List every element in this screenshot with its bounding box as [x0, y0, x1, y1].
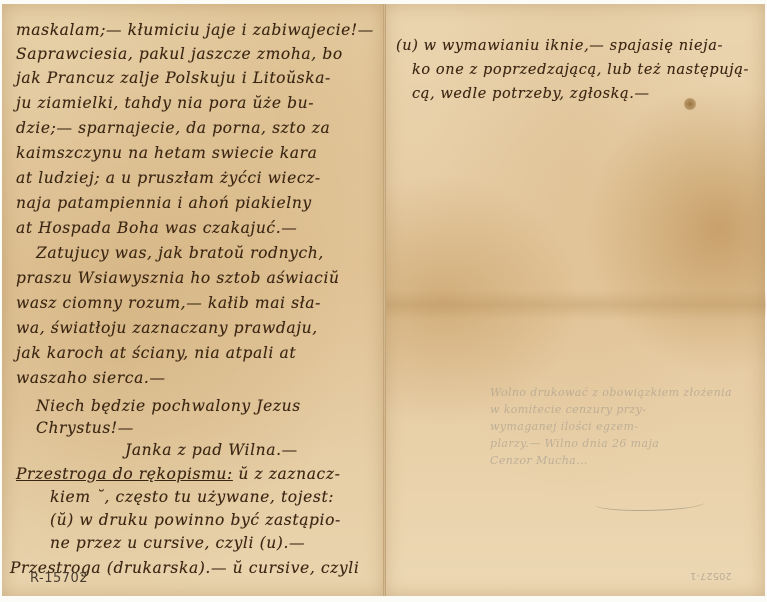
text-line: Zatujucy was, jak bratoŭ rodnych,	[16, 243, 324, 265]
note-rekopis-line: kiem ˘, często tu używane, tojest:	[50, 487, 334, 509]
text-line: kaimszczynu na hetam swiecie kara	[16, 143, 317, 165]
text-line: jak Prancuz zalje Polskuju i Litoŭska-	[16, 68, 331, 90]
note-rekopis-first-line: Przestroga do rękopismu: ŭ z zaznacz-	[16, 464, 340, 486]
text-line: ko one z poprzedzającą, lub też następuj…	[412, 60, 749, 82]
pencil-line: Cenzor Mucha...	[490, 452, 732, 469]
text-line: waszaho siercа.—	[16, 368, 166, 390]
text-line: Saprawciesia, pakul jaszcze zmoha, bo	[16, 44, 343, 66]
text-line: jak karoch at ściany, nia atpali at	[16, 343, 296, 365]
text-line: dzie;— sparnajecie, da porna, szto za	[16, 118, 330, 140]
text-line: (u) w wymawianiu iknie,— spajasię nieja-	[396, 36, 723, 58]
text-line: naja patampiennia i ahoń piakielny	[16, 193, 312, 215]
pencil-line: Wolno drukować z obowiązkiem złożenia	[490, 384, 732, 401]
pencil-line: w komitecie cenzury przy-	[490, 401, 732, 418]
text-line: at Hospada Boha was czakajuć.—	[16, 218, 297, 240]
closing-line: Chrystus!—	[16, 418, 134, 440]
note-rekopis-line: ne przez u cursive, czyli (u).—	[50, 533, 305, 555]
note-drukarska-text: ŭ cursive, czyli	[233, 559, 360, 577]
note-rekopis-line: (ŭ) w druku powinno być zastąpio-	[50, 510, 341, 532]
text-line: wasz ciomny rozum,— kałib mai sła-	[16, 293, 321, 315]
note-rekopis-label: Przestroga do rękopismu:	[16, 465, 233, 483]
water-stain	[386, 290, 766, 320]
text-line: at ludziej; a u pruszłam żyćci wiecz-	[16, 168, 321, 190]
archive-stamp: 20527-1	[690, 570, 732, 581]
note-rekopis-text: ŭ z zaznacz-	[238, 465, 340, 483]
text-line: praszu Wsiawysznia ho sztob aświaciŭ	[16, 268, 340, 290]
text-line: wa, światłoju zaznaczany prawdaju,	[16, 318, 318, 340]
text-line: cą, wedle potrzeby, zgłoską.—	[412, 84, 650, 106]
text-line: maskalam;— kłumiciu jaje i zabiwajecie!—	[16, 20, 374, 42]
text-line: ju ziamielki, tahdy nia pora ŭże bu-	[16, 93, 314, 115]
signature: Janka z pad Wilna.—	[125, 440, 298, 462]
closing-line: Niech będzie pochwalony Jezus	[16, 396, 301, 418]
ink-blot	[684, 98, 696, 110]
manuscript-scan: maskalam;— kłumiciu jaje i zabiwajecie!—…	[0, 0, 767, 602]
censor-pencil-note: Wolno drukować z obowiązkiem złożenia w …	[490, 384, 732, 469]
pencil-line: plarzy.— Wilno dnia 26 maja	[490, 435, 732, 452]
pencil-line: wymaganej ilości egzem-	[490, 418, 732, 435]
catalog-number: R-15702	[30, 571, 88, 586]
